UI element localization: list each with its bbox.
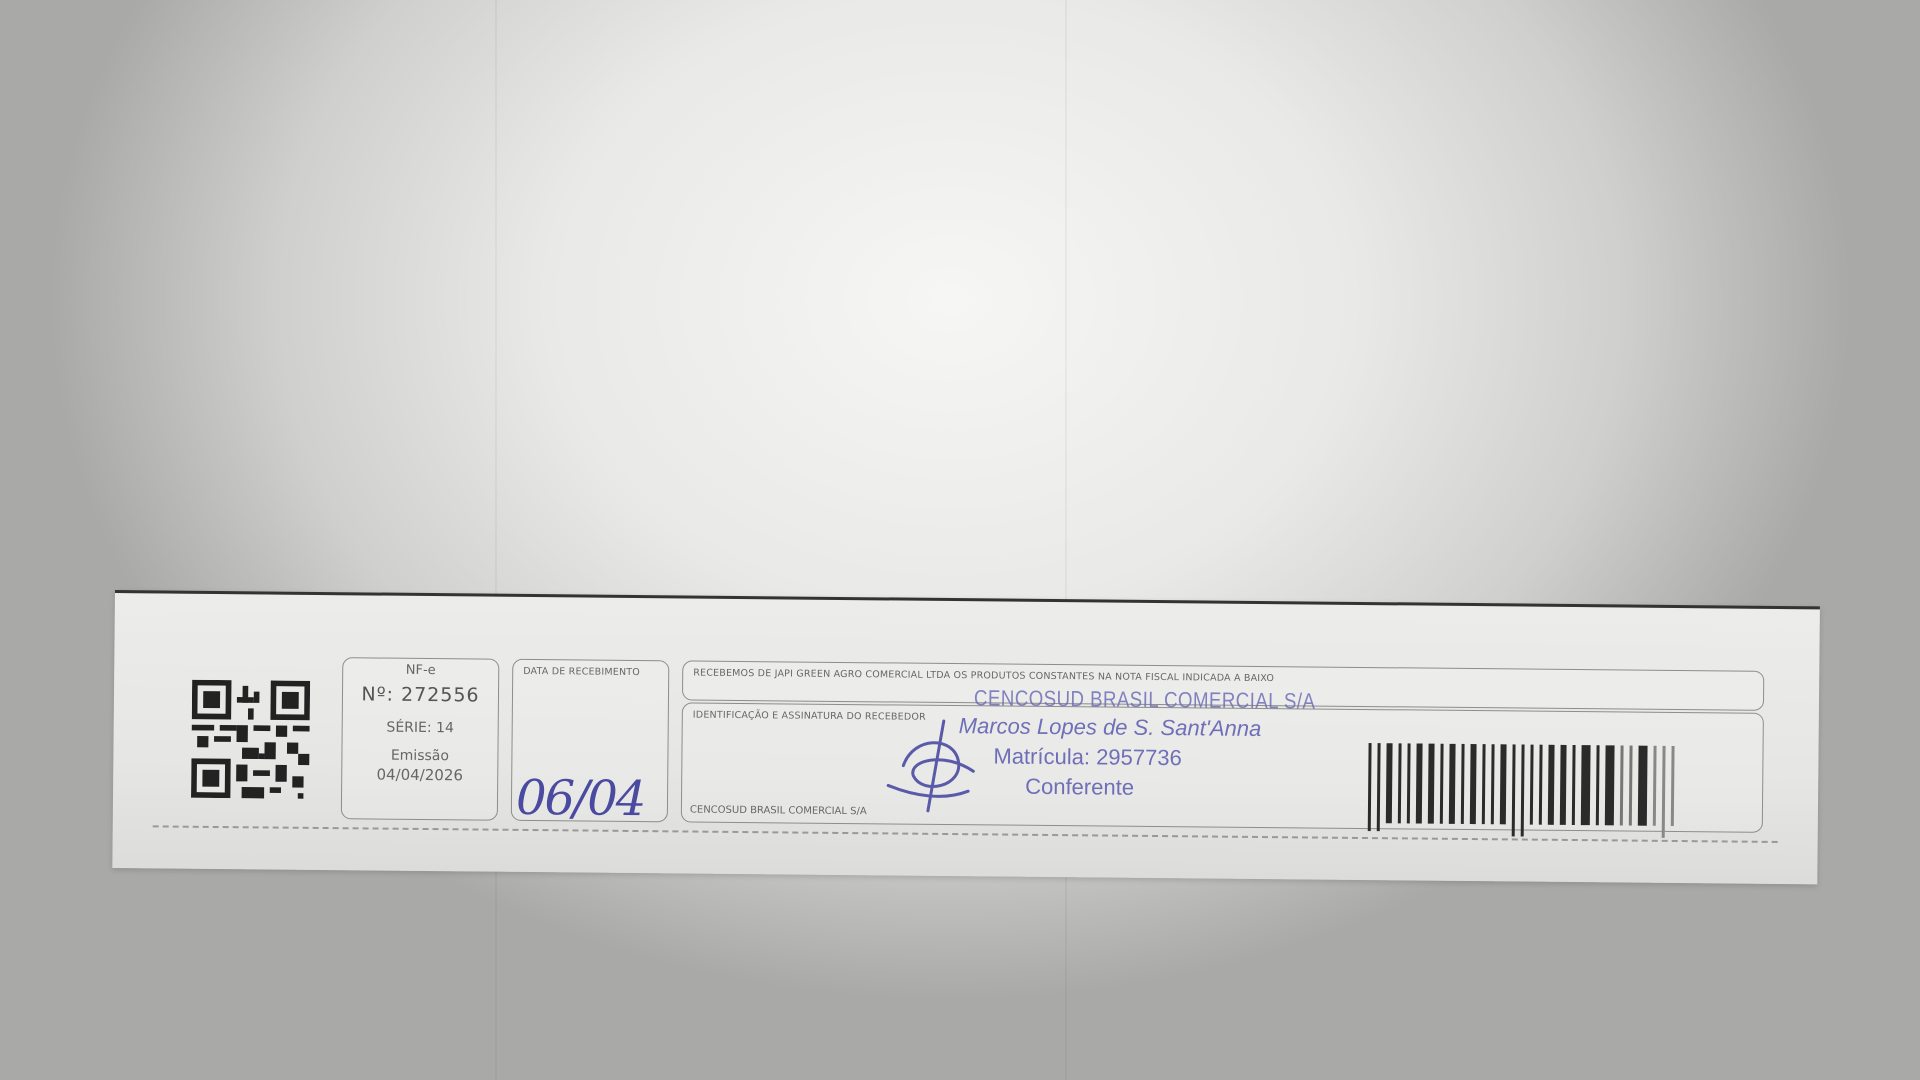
received-from-text: RECEBEMOS DE JAPI GREEN AGRO COMERCIAL L… — [693, 668, 1274, 685]
nfe-info-box: NF-e Nº: 272556 SÉRIE: 14 Emissão 04/04/… — [341, 657, 500, 820]
receipt-date-label: DATA DE RECEBIMENTO — [523, 666, 640, 678]
barcode-icon — [1368, 743, 1729, 836]
signature-mark — [883, 715, 994, 816]
recipient-company: CENCOSUD BRASIL COMERCIAL S/A — [690, 805, 867, 818]
receipt-date-box: DATA DE RECEBIMENTO 06/04 — [511, 659, 670, 822]
nfe-number: Nº: 272556 — [343, 683, 498, 706]
nfe-series-label: SÉRIE: — [386, 720, 431, 736]
stamp-name: Marcos Lopes de S. Sant'Anna — [959, 713, 1262, 742]
paper-fold — [1065, 0, 1067, 1080]
receipt-stub: NF-e Nº: 272556 SÉRIE: 14 Emissão 04/04/… — [112, 590, 1820, 884]
qr-code-icon — [191, 680, 310, 799]
nfe-title: NF-e — [343, 662, 498, 678]
stamp-company: CENCOSUD BRASIL COMERCIAL S/A — [974, 685, 1316, 714]
nfe-number-label: Nº: — [361, 683, 394, 705]
handwritten-date: 06/04 — [516, 770, 645, 827]
nfe-issue-label: Emissão — [342, 747, 497, 764]
nfe-series-value: 14 — [436, 720, 454, 736]
paper-fold — [495, 0, 497, 1080]
nfe-issue-date: 04/04/2026 — [342, 765, 497, 784]
nfe-series: SÉRIE: 14 — [343, 719, 498, 736]
stamp-registration: Matrícula: 2957736 — [993, 743, 1182, 771]
nfe-number-value: 272556 — [401, 684, 480, 707]
stamp-role: Conferente — [1025, 774, 1134, 801]
